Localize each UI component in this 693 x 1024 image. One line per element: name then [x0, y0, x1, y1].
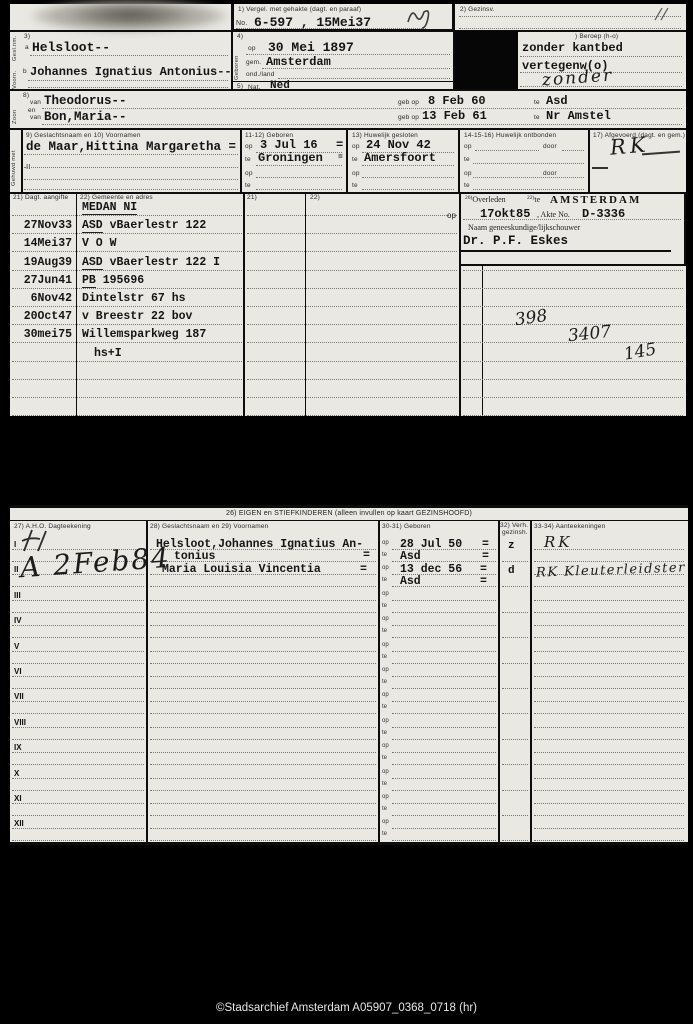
row-rule	[502, 637, 528, 638]
row-rule	[150, 815, 376, 816]
row-rule	[392, 739, 496, 740]
row-rule	[534, 828, 684, 829]
row-numeral: VI	[14, 667, 22, 676]
marriage-op2: op	[352, 170, 360, 177]
row-rule	[392, 764, 496, 765]
marriage-rule4	[362, 189, 454, 190]
address-entry-underlined: ASD	[82, 219, 103, 233]
upper-card: 1) Vergel. met gehakte (dagt. en paraaf)…	[10, 4, 686, 416]
spouse-born-eq: =	[336, 139, 343, 151]
spouse-born-rule3	[256, 177, 342, 178]
address-entry: Dintelstr 67 hs	[82, 293, 186, 305]
death-place: AMSTERDAM	[550, 195, 641, 206]
row-rule	[12, 713, 144, 714]
op-label: op	[382, 718, 389, 724]
father-name: Theodorus--	[44, 95, 127, 108]
op-label: op	[382, 591, 389, 597]
death-te-group: 22)te	[527, 195, 540, 204]
address-rule	[463, 361, 683, 362]
row-rule	[502, 764, 528, 765]
address-rule	[247, 397, 457, 398]
address-rule	[247, 251, 457, 252]
te-label: te	[382, 704, 387, 710]
addr-col-label: 22) Gemeente en adres	[80, 194, 153, 201]
father-birth-date: 8 Feb 60	[428, 95, 486, 107]
marriage-rule2	[362, 165, 454, 166]
field1-rule	[236, 28, 426, 29]
spouse-col-label: 9) Geslachtsnaam en 10) Voornamen	[26, 132, 141, 139]
row-rule	[534, 586, 684, 587]
addr-div3	[305, 192, 306, 416]
marriage-date: 24 Nov 42	[366, 139, 431, 151]
mother-birth-date: 13 Feb 61	[422, 110, 487, 122]
field2-label: 2) Gezinsv.	[460, 6, 495, 13]
death-op-label: op	[447, 211, 456, 220]
row-rule	[12, 612, 144, 613]
op-label: op	[382, 692, 389, 698]
row-rule	[12, 637, 144, 638]
row-rule	[534, 764, 684, 765]
child1-name-line2: tonius	[174, 551, 215, 563]
address-date: 19Aug39	[12, 257, 72, 269]
te-label: te	[382, 577, 387, 583]
death-doctor-underline	[459, 250, 671, 252]
row-rule	[534, 815, 684, 816]
marriage-rule-a	[24, 154, 238, 155]
row-rule	[150, 764, 376, 765]
row-rule	[502, 561, 528, 562]
divorce-rule1b	[562, 150, 584, 151]
row-rule	[392, 727, 496, 728]
death-rule	[463, 219, 681, 220]
mother-te-label: te	[534, 114, 540, 121]
row-rule	[150, 840, 376, 841]
row-rule	[534, 713, 684, 714]
redaction-box	[455, 31, 518, 89]
addr-col22-label: 22)	[310, 194, 320, 201]
addr-div1	[76, 192, 77, 416]
spouse-born-date: 3 Jul 16	[260, 139, 318, 151]
marriage-rule-c	[24, 179, 238, 180]
op-label: op	[382, 642, 389, 648]
child1-place-eq: =	[482, 551, 489, 563]
marriage-rule3	[362, 177, 454, 178]
address-date: 20Oct47	[12, 311, 72, 323]
surname-rule	[30, 55, 228, 56]
row-rule	[12, 676, 144, 677]
beroep-rule1	[520, 56, 682, 57]
row-rule	[12, 840, 144, 841]
address-entry: MEDAN NI	[82, 202, 137, 215]
divorce-te2: te	[464, 182, 470, 189]
child2-note: RK Kleuterleidster	[536, 561, 686, 579]
spouse-name: de Maar,Hittina Margaretha =	[26, 141, 236, 154]
address-rule	[463, 379, 683, 380]
address-rule	[247, 233, 457, 234]
death-te-label: te	[534, 195, 540, 204]
parents-side-label: Zoon	[12, 96, 18, 124]
row-numeral: XII	[14, 819, 24, 828]
child1-born-eq: =	[482, 539, 489, 551]
row-rule	[12, 663, 144, 664]
row-rule	[392, 840, 496, 841]
birth-rule2	[262, 68, 450, 69]
address-rule	[463, 306, 683, 307]
row-rule	[150, 701, 376, 702]
names-a-marker: a	[25, 44, 29, 51]
names-b-marker: b	[23, 68, 27, 75]
col32-label-line2: gezinsh.	[502, 529, 528, 536]
handwritten-date: A 2Feb84	[19, 544, 172, 582]
address-rule	[12, 397, 242, 398]
row-rule	[392, 676, 496, 677]
row-numeral: VII	[14, 692, 24, 701]
row-rule	[150, 612, 376, 613]
row-rule	[534, 752, 684, 753]
death-akte-label: , Akte No.	[537, 210, 570, 219]
op-label: op	[382, 819, 389, 825]
op-label: op	[382, 565, 389, 571]
col32-label-line1: 32) Verh.	[500, 522, 528, 529]
father-birth-place: Asd	[546, 95, 568, 107]
row-rule	[392, 701, 496, 702]
field2-rule1	[459, 16, 681, 17]
field1-label: 1) Vergel. met gehakte (dagt. en paraaf)	[238, 6, 361, 13]
divorce-rule3	[473, 177, 584, 178]
field2-rule2	[459, 28, 681, 29]
birth-side-label: Geboren	[234, 42, 240, 80]
parents-van2-label: van	[30, 114, 41, 121]
children-header: 26) EIGEN en STIEFKINDEREN (alleen invul…	[10, 510, 688, 517]
row-rule	[150, 713, 376, 714]
marriage-te2: te	[352, 182, 358, 189]
child1-born-date: 28 Jul 50	[400, 539, 462, 551]
divorce-te1: te	[464, 156, 470, 163]
address-rule	[463, 288, 683, 289]
hand-number-1: 398	[514, 308, 549, 329]
address-rule	[463, 270, 683, 271]
child1-note: RK	[544, 535, 573, 550]
address-entry-underlined: PB	[82, 274, 96, 288]
row-rule	[502, 739, 528, 740]
marriage-div1	[240, 130, 242, 192]
te-label: te	[382, 628, 387, 634]
row-numeral: IV	[14, 616, 22, 625]
address-entry: v Breestr 22 bov	[82, 311, 192, 323]
father-te-label: te	[534, 99, 540, 106]
nat-divider	[232, 81, 453, 82]
divorce-op2: op	[464, 170, 472, 177]
row-numeral: XI	[14, 794, 22, 803]
row-rule	[534, 778, 684, 779]
address-rule	[12, 324, 242, 325]
row-rule	[392, 612, 496, 613]
given-names-value: Johannes Ignatius Antonius--	[30, 66, 232, 78]
child2-name: Maria Louisia Vincentia	[162, 564, 321, 576]
row-numeral: III	[14, 591, 21, 600]
te-label: te	[382, 654, 387, 660]
row-rule	[12, 586, 144, 587]
row-rule	[150, 727, 376, 728]
row-rule	[534, 701, 684, 702]
row-rule	[392, 803, 496, 804]
row-rule	[150, 828, 376, 829]
row-rule	[392, 651, 496, 652]
row-numeral: VIII	[14, 718, 26, 727]
child2-born-date: 13 dec 56	[400, 564, 462, 576]
te-label: te	[382, 603, 387, 609]
address-rule	[12, 288, 242, 289]
lower-top-border	[10, 505, 688, 508]
row-rule	[534, 727, 684, 728]
row-rule	[534, 651, 684, 652]
children-div2	[378, 520, 380, 842]
row-rule	[150, 651, 376, 652]
op-label: op	[382, 794, 389, 800]
birth-land-label: ond./land	[246, 71, 275, 78]
names-side-top: Gesl.nm.	[12, 35, 18, 61]
row-rule	[12, 764, 144, 765]
row-numeral: V	[14, 642, 19, 651]
address-rule	[12, 379, 242, 380]
address-entry: hs+I	[94, 348, 122, 360]
names-side-bottom: Voorn.	[12, 63, 18, 89]
address-entry: V O W	[82, 238, 117, 250]
mother-name: Bon,Maria--	[44, 111, 127, 124]
marriage-div3	[458, 130, 460, 192]
addr-col21-label: 21)	[247, 194, 257, 201]
names-num: 3)	[24, 33, 30, 40]
row-rule	[534, 600, 684, 601]
birth-date-value: 30 Mei 1897	[268, 41, 354, 54]
row-rule	[534, 803, 684, 804]
row-rule	[12, 701, 144, 702]
divorce-op1: op	[464, 143, 472, 150]
row-rule	[392, 637, 496, 638]
surname-value: Helsloot--	[32, 41, 110, 54]
address-entry: Willemsparkweg 187	[82, 329, 206, 341]
child2-verh: d	[508, 566, 515, 577]
death-label: Overleden	[472, 195, 505, 204]
nationality-value: Ned	[270, 81, 290, 92]
row-rule	[392, 625, 496, 626]
children-header-rule	[10, 520, 688, 521]
row-rule	[150, 625, 376, 626]
row-rule	[534, 625, 684, 626]
te-label: te	[382, 781, 387, 787]
birth-place-value: Amsterdam	[266, 56, 331, 68]
te-label: te	[382, 831, 387, 837]
child1-born-place: Asd	[400, 551, 421, 563]
beroep-line1: zonder kantbed	[522, 42, 623, 54]
marriage-op: op	[352, 143, 360, 150]
row-rule	[534, 676, 684, 677]
field2-handwriting-mark	[652, 6, 672, 22]
row-rule	[502, 713, 528, 714]
row-rule	[150, 790, 376, 791]
op-label: op	[382, 667, 389, 673]
nat-label: Nat.	[248, 84, 261, 91]
row-rule	[392, 752, 496, 753]
col30-label: 30-31) Geboren	[382, 523, 431, 530]
row-rule	[12, 600, 144, 601]
address-date: 27Nov33	[12, 220, 72, 232]
row-rule	[12, 828, 144, 829]
address-entry: ASD vBaerlestr 122 I	[82, 257, 220, 269]
row-rule	[392, 790, 496, 791]
address-rule	[247, 415, 457, 416]
address-entry: ASD vBaerlestr 122	[82, 220, 206, 232]
address-date: 14Mei37	[12, 238, 72, 250]
address-rule	[12, 306, 242, 307]
divorce-door1: door	[543, 143, 557, 150]
child2-born-eq: =	[480, 564, 487, 576]
stamp-smudge-core	[70, 4, 190, 26]
row-rule	[12, 752, 144, 753]
scanned-archive-page: 1) Vergel. met gehakte (dagt. en paraaf)…	[0, 0, 693, 1024]
row-rule	[392, 828, 496, 829]
marriage-rule-d	[24, 189, 238, 190]
death-doctor-name: Dr. P.F. Eskes	[463, 235, 568, 248]
row-rule	[502, 815, 528, 816]
marriage-te: te	[352, 156, 358, 163]
child2-name-eq: =	[360, 564, 367, 576]
children-div4	[530, 520, 532, 842]
address-date: 6Nov42	[12, 293, 72, 305]
row-rule	[502, 612, 528, 613]
row-rule	[392, 713, 496, 714]
row-rule	[534, 688, 684, 689]
beroep-rule3	[520, 86, 682, 87]
child1-name-eq: =	[363, 550, 370, 562]
col28-label: 28) Geslachtsnaam en 29) Voornamen	[150, 523, 268, 530]
address-rule	[247, 306, 457, 307]
address-rule	[247, 324, 457, 325]
row-rule	[150, 586, 376, 587]
row-numeral: I	[14, 540, 16, 549]
address-rule	[247, 342, 457, 343]
row-numeral: II	[14, 565, 18, 574]
father-gebop-label: geb op	[398, 99, 419, 106]
row-rule	[534, 790, 684, 791]
row-numeral: IX	[14, 743, 22, 752]
divorce-rule4	[473, 189, 584, 190]
row-rule	[502, 663, 528, 664]
addr-date-col-label: 21) Dagt. aangifte	[13, 194, 68, 201]
row-rule	[534, 739, 684, 740]
address-entry-underlined: ASD	[82, 256, 103, 270]
te-label: te	[382, 755, 387, 761]
address-rule	[12, 233, 242, 234]
field1-no-label: No.	[236, 20, 248, 27]
row-numeral: X	[14, 769, 19, 778]
address-rule	[247, 379, 457, 380]
te-label: te	[382, 552, 387, 558]
afgevoerd-stroke2	[592, 167, 608, 169]
mother-gebop-label: geb op	[398, 114, 419, 121]
op-label: op	[382, 616, 389, 622]
row-rule	[502, 586, 528, 587]
op-label: op	[382, 743, 389, 749]
marriage-div4	[588, 130, 590, 192]
address-date: 27Jun41	[12, 275, 72, 287]
names-extra-rule	[28, 87, 228, 88]
row3-bottom-border	[10, 128, 686, 130]
row-rule	[150, 600, 376, 601]
child1-verh: z	[508, 541, 515, 552]
row-rule	[150, 676, 376, 677]
row-rule	[502, 688, 528, 689]
spouse-born-rule4	[256, 189, 342, 190]
row-rule	[534, 637, 684, 638]
nat-num: 5)	[237, 83, 243, 90]
lower-bottom-border	[10, 842, 688, 845]
birth-gem-label: gem.	[246, 59, 261, 66]
address-rule	[12, 251, 242, 252]
row-rule	[12, 727, 144, 728]
row-rule	[12, 815, 144, 816]
spouse-born-op2: op	[245, 170, 253, 177]
row2-top-border	[10, 30, 686, 32]
address-rule	[12, 415, 242, 416]
address-rule	[247, 270, 457, 271]
spouse-born-place: Groningen	[258, 152, 323, 164]
child2-place-eq: =	[480, 576, 487, 588]
birth-op-label: op	[248, 45, 256, 52]
address-rule	[463, 415, 683, 416]
parents-num: 8)	[23, 92, 29, 99]
given-names-rule	[28, 80, 228, 81]
hand-number-2: 3407	[567, 324, 612, 345]
birth-rule3	[278, 78, 450, 79]
spouse-born-rule2	[256, 165, 342, 166]
row-rule	[150, 778, 376, 779]
row-rule	[392, 663, 496, 664]
spouse-born-te: te	[245, 156, 251, 163]
address-rule	[12, 215, 242, 216]
divorce-rule2	[473, 163, 584, 164]
addr-div2	[243, 192, 245, 416]
row-rule	[150, 752, 376, 753]
row-rule	[502, 840, 528, 841]
row-rule	[150, 803, 376, 804]
row-rule	[150, 663, 376, 664]
row-rule	[12, 739, 144, 740]
spouse-born-te2: te	[245, 182, 251, 189]
address-rule	[12, 361, 242, 362]
address-entry: PB 195696	[82, 275, 144, 287]
divorce-rule1a	[475, 150, 539, 151]
op-label: op	[382, 540, 389, 546]
row-rule	[12, 688, 144, 689]
spouse-born-op: op	[245, 143, 253, 150]
te-label: te	[382, 730, 387, 736]
row-rule	[534, 663, 684, 664]
marriage-div2	[346, 130, 348, 192]
op-label: op	[382, 769, 389, 775]
address-date: 30mei75	[12, 329, 72, 341]
row-rule	[150, 637, 376, 638]
row-rule	[12, 790, 144, 791]
archive-caption: ©Stadsarchief Amsterdam A05907_0368_0718…	[0, 1002, 693, 1014]
te-label: te	[382, 679, 387, 685]
row-rule	[12, 651, 144, 652]
death-doctor-label: Naam geneeskundige/lijkschouwer	[468, 223, 580, 232]
row-rule	[12, 803, 144, 804]
row-rule	[502, 790, 528, 791]
parents-en-label: en	[28, 107, 36, 114]
row-rule	[150, 688, 376, 689]
